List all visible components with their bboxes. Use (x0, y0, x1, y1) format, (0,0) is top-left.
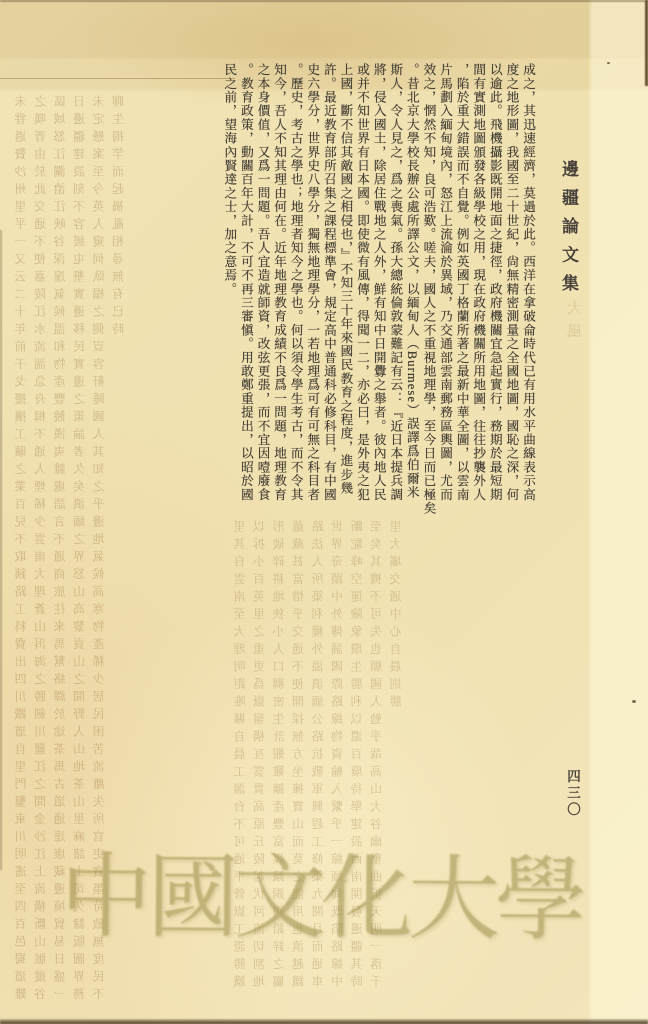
text-column: 片馬劃入緬甸境內，怒江上流淪於異域，乃交通部雲南郵務區輿圖，尤而 (436, 63, 453, 519)
main-text-block: 成之，其迅速經濟，莫過於此。西洋在拿破侖時代已有用水平曲線表示高 度之地形圖，我… (220, 63, 536, 519)
text-column: 間有實測地圖頒發各級學校之用，現在政府機關所用地圖，往往抄襲外人 (470, 63, 487, 519)
text-column: 知今，吾人不知其理由何在。近年地理教育成績不良爲一問題，地理教育 (271, 63, 288, 519)
text-column: 效之，惘然不知，良可浩歎。嗟夫，國人之不重視地理學，至今日而已極矣 (420, 63, 437, 519)
text-column: 以逾此。飛機攝影既開地面之捷徑，政府機關宜急起實行，務期於最短期 (486, 63, 503, 519)
text-column: 許。最近教育部所召集之課程標準會，規定高中普通科必修科目，有中國 (320, 63, 337, 519)
paper-crease (0, 78, 235, 79)
ink-speck (632, 700, 636, 703)
scanned-book-page: 未甞過贅沙州里平一又云二十年前干戈擾攘工礦之業百兒不取銕路工料費出四川鐵道自里門… (0, 0, 648, 1024)
text-column: 或并不知世界有日本國。即使微有風傳，得聞一二，亦必曰，是外夷之犯 (353, 63, 370, 519)
scan-edge-bottom (0, 1019, 648, 1024)
text-column: 上國，斷不信其敵國之相侵也，』不知三十年來國民教育之程度，進步幾 (337, 63, 354, 519)
text-column: 成之，其迅速經濟，莫過於此。西洋在拿破侖時代已有用水平曲線表示高 (519, 63, 536, 519)
text-column: 之本身價值，又爲一問題。吾人宜造就師資，改弦更張，而不宜因噎廢食 (254, 63, 271, 519)
text-column: 斯人，令人見之，爲之喪氣。孫大總統倫敦蒙難記有云：『近日本提兵調 (387, 63, 404, 519)
text-column: 民之前，望海內賢達之士，加之意焉。 (221, 63, 238, 519)
page-number: 四三〇 (562, 769, 582, 839)
scan-edge-left (0, 230, 2, 870)
text-column: 。歷史，考古之學也；地理者知今之學也。何以須令學生考古，而不令其 (287, 63, 304, 519)
text-column: 。教育政策，動關百年大計，不可不再三審愼。用敢鄭重提出，以昭於國 (237, 63, 254, 519)
text-column: 。昔北京大學校長辦公處所譯公文，以緬甸人（Burmese）誤譯爲伯爾米 (403, 63, 420, 519)
text-column: ，陷於重大錯誤而不自覺。例如英國丁格蘭所著之最新中華全圖，以雲南 (453, 63, 470, 519)
running-head-title: 邊疆論文集 (556, 160, 581, 320)
text-column: 度之地形圖，我國至二十世紀，尙無精密測量之全國地圖，國恥之深，何 (503, 63, 520, 519)
ink-speck (607, 62, 610, 64)
scan-edge-top (0, 0, 648, 2)
university-watermark: 中國文化大學 (60, 846, 601, 951)
text-column: 史六學分，世界史八學分，獨無地理學分，一若地理爲可有可無之科目者 (304, 63, 321, 519)
text-column: 將，侵入國土，除居住戰地之人外，鮮有知中日開釁之舉者。彼內地人民 (370, 63, 387, 519)
